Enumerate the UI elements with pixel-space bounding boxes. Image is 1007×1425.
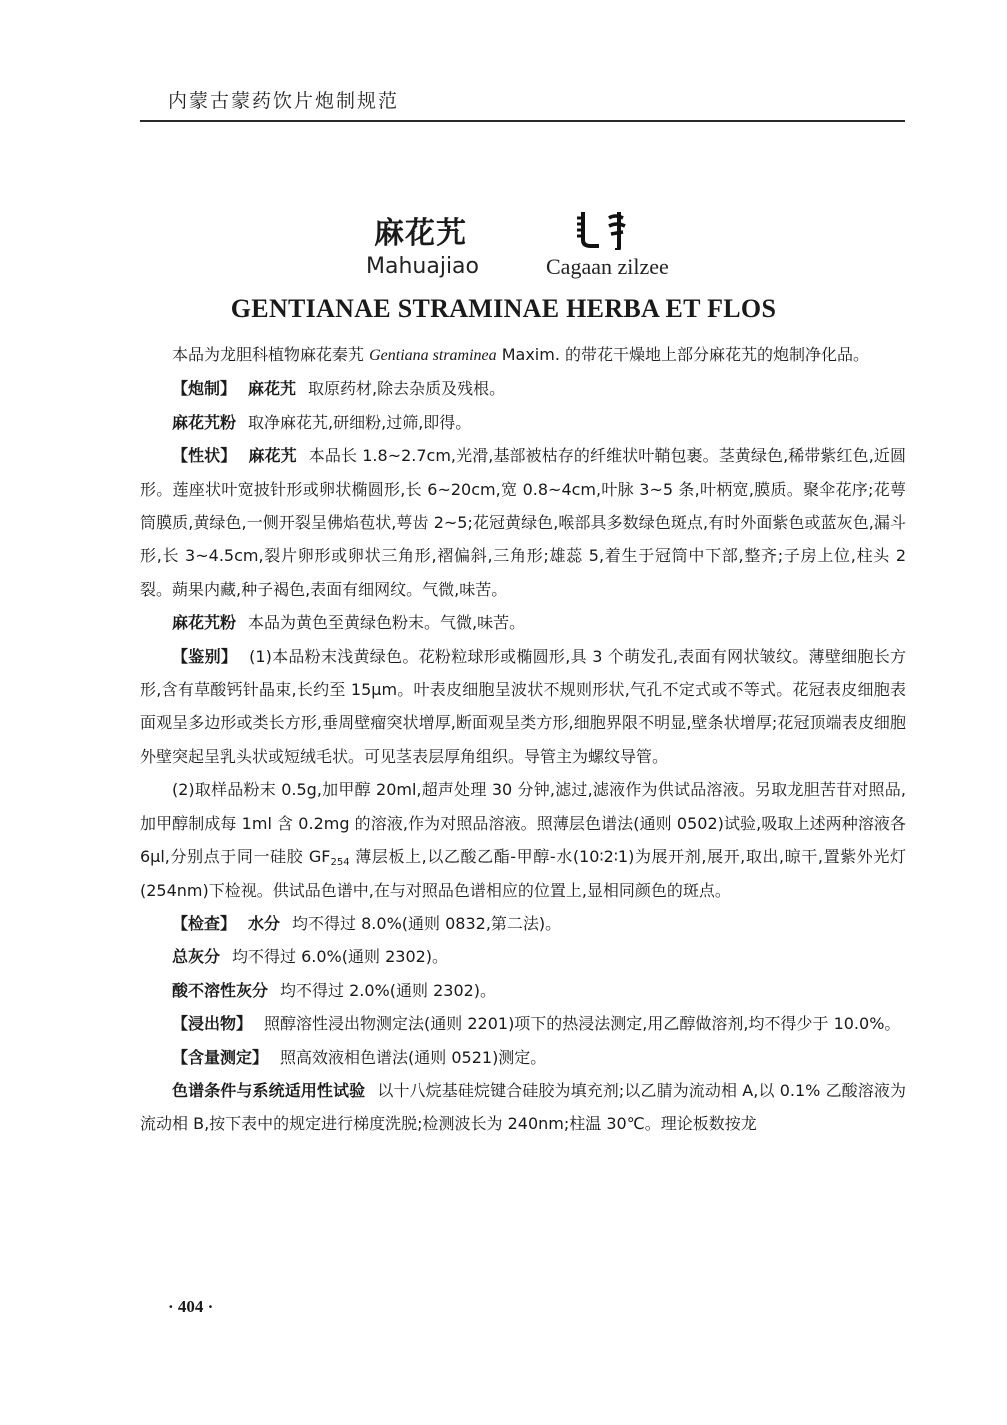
item-label: 麻花艽 bbox=[248, 446, 296, 465]
description-powder: 麻花艽粉本品为黄色至黄绿色粉末。气微,味苦。 bbox=[140, 606, 906, 639]
section-heading: 【鉴别】 bbox=[172, 647, 237, 666]
description-section: 【性状】麻花艽本品长 1.8~2.7cm,光滑,基部被枯存的纤维状叶鞘包裹。茎黄… bbox=[140, 439, 906, 606]
processing-powder: 麻花艽粉取净麻花艽,研细粉,过筛,即得。 bbox=[140, 406, 906, 439]
inspection-section: 【检查】水分均不得过 8.0%(通则 0832,第二法)。 bbox=[140, 907, 906, 940]
inspection-acid-ash: 酸不溶性灰分均不得过 2.0%(通则 2302)。 bbox=[140, 974, 906, 1007]
section-heading: 【检查】 bbox=[172, 914, 236, 933]
header-rule bbox=[140, 120, 905, 122]
inspection-total-ash: 总灰分均不得过 6.0%(通则 2302)。 bbox=[140, 940, 906, 973]
body-text: 本品为龙胆科植物麻花秦艽 Gentiana straminea Maxim. 的… bbox=[140, 338, 906, 1141]
item-label: 麻花艽粉 bbox=[172, 613, 236, 632]
section-heading: 【性状】 bbox=[172, 446, 236, 465]
item-label: 总灰分 bbox=[172, 947, 220, 966]
section-heading: 【含量测定】 bbox=[172, 1048, 268, 1067]
assay-conditions: 色谱条件与系统适用性试验以十八烷基硅烷键合硅胶为填充剂;以乙腈为流动相 A,以 … bbox=[140, 1074, 906, 1141]
identification-part2: (2)取样品粉末 0.5g,加甲醇 20ml,超声处理 30 分钟,滤过,滤液作… bbox=[140, 773, 906, 907]
title-latin: GENTIANAE STRAMINAE HERBA ET FLOS bbox=[0, 294, 1007, 324]
title-pinyin: Mahuajiao bbox=[366, 254, 479, 279]
running-header: 内蒙古蒙药饮片炮制规范 bbox=[168, 86, 399, 113]
assay-section: 【含量测定】照高效液相色谱法(通则 0521)测定。 bbox=[140, 1041, 906, 1074]
item-label: 酸不溶性灰分 bbox=[172, 981, 268, 1000]
extract-section: 【浸出物】照醇溶性浸出物测定法(通则 2201)项下的热浸法测定,用乙醇做溶剂,… bbox=[140, 1007, 906, 1040]
section-heading: 【炮制】 bbox=[172, 379, 236, 398]
identification-section: 【鉴别】(1)本品粉末浅黄绿色。花粉粒球形或椭圆形,具 3 个萌发孔,表面有网状… bbox=[140, 640, 906, 774]
mongolian-script-glyph bbox=[575, 210, 635, 250]
item-label: 水分 bbox=[248, 914, 280, 933]
title-chinese: 麻花艽 bbox=[374, 208, 467, 252]
item-label: 色谱条件与系统适用性试验 bbox=[172, 1081, 365, 1100]
title-mongolian-script bbox=[575, 210, 635, 258]
item-label: 麻花艽 bbox=[248, 379, 296, 398]
intro-paragraph: 本品为龙胆科植物麻花秦艽 Gentiana straminea Maxim. 的… bbox=[140, 338, 906, 372]
title-mongolian-latin: Cagaan zilzee bbox=[546, 254, 669, 280]
species-name: Gentiana straminea bbox=[369, 347, 497, 364]
processing-section: 【炮制】麻花艽取原药材,除去杂质及残根。 bbox=[140, 372, 906, 405]
section-heading: 【浸出物】 bbox=[172, 1014, 252, 1033]
page-number: · 404 · bbox=[168, 1297, 213, 1317]
item-label: 麻花艽粉 bbox=[172, 413, 236, 432]
